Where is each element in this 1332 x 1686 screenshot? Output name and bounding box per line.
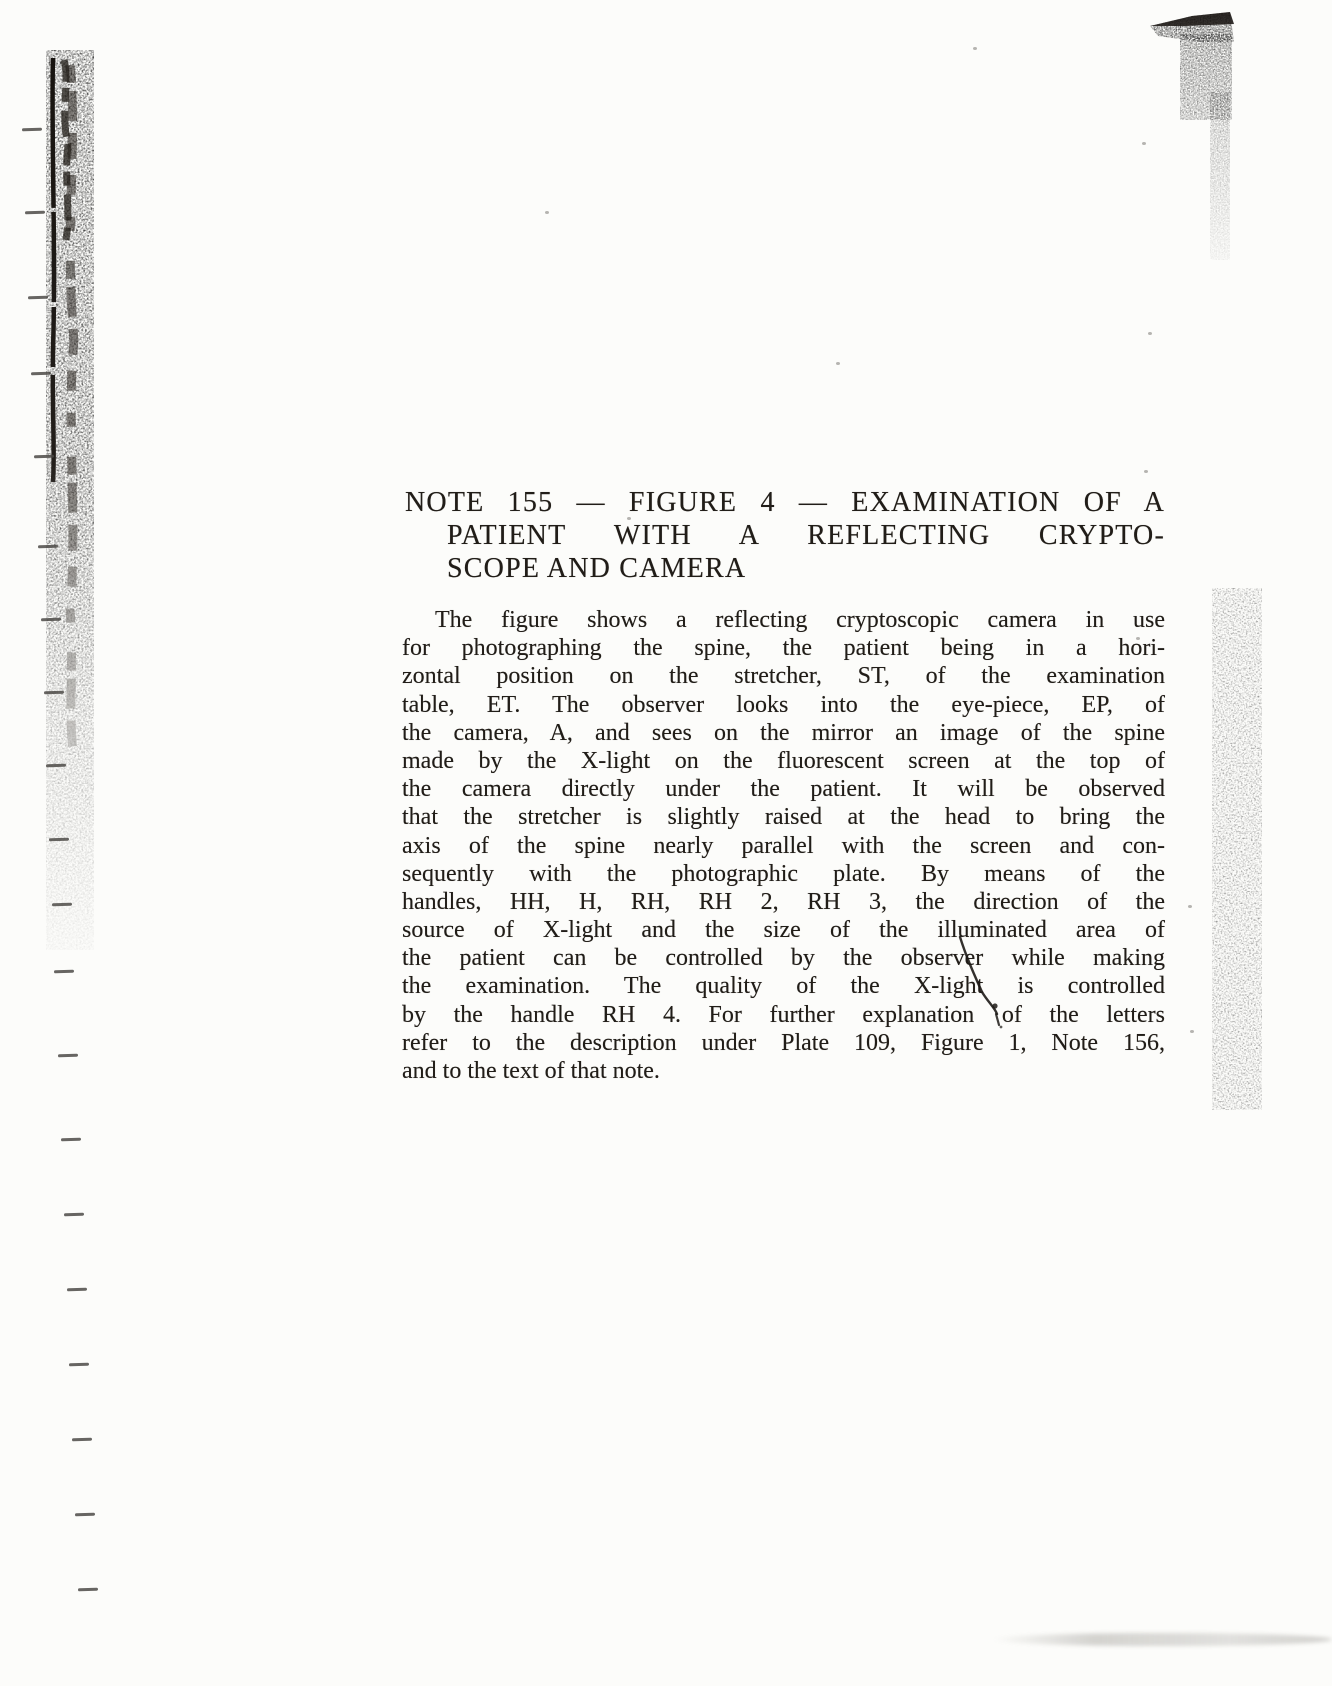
body-line: made by the X-light on the fluorescent s… bbox=[402, 747, 1165, 775]
margin-dash bbox=[72, 1438, 92, 1441]
speck bbox=[836, 362, 840, 365]
body-line: table, ET. The observer looks into the e… bbox=[402, 691, 1165, 719]
body-line: sequently with the photographic plate. B… bbox=[402, 860, 1165, 888]
note-heading: NOTE 155 — FIGURE 4 — EXAMINATION OF A P… bbox=[405, 486, 1165, 585]
body-line: the examination. The quality of the X-li… bbox=[402, 972, 1165, 1000]
margin-dash bbox=[58, 1054, 78, 1057]
body-line: zontal position on the stretcher, ST, of… bbox=[402, 662, 1165, 690]
body-line: axis of the spine nearly parallel with t… bbox=[402, 832, 1165, 860]
body-line: handles, HH, H, RH, RH 2, RH 3, the dire… bbox=[402, 888, 1165, 916]
margin-dash bbox=[75, 1513, 95, 1516]
page-edge-artifact bbox=[1146, 8, 1236, 264]
margin-dash bbox=[38, 545, 58, 548]
margin-dash bbox=[49, 838, 69, 841]
body-line: for photographing the spine, the patient… bbox=[402, 634, 1165, 662]
margin-dash bbox=[67, 1288, 87, 1291]
binding-smudge-artifact bbox=[40, 50, 102, 970]
margin-dash bbox=[34, 455, 54, 458]
note-body-paragraph: The figure shows a reflecting cryptoscop… bbox=[402, 606, 1165, 1085]
bottom-smudge-artifact bbox=[992, 1633, 1332, 1646]
heading-line: NOTE 155 — FIGURE 4 — EXAMINATION OF A bbox=[405, 486, 1165, 519]
body-line: and to the text of that note. bbox=[402, 1057, 1165, 1085]
margin-dash bbox=[31, 372, 51, 375]
speck bbox=[1148, 332, 1152, 335]
margin-dash bbox=[46, 764, 66, 767]
body-line: by the handle RH 4. For further explanat… bbox=[402, 1001, 1165, 1029]
body-line: the camera, A, and sees on the mirror an… bbox=[402, 719, 1165, 747]
margin-dash bbox=[22, 128, 42, 131]
speck bbox=[1144, 470, 1148, 473]
speck bbox=[1188, 905, 1192, 908]
margin-dash bbox=[78, 1588, 98, 1591]
speck bbox=[1190, 1030, 1194, 1033]
speck bbox=[627, 517, 631, 520]
body-line: the patient can be controlled by the obs… bbox=[402, 944, 1165, 972]
margin-dash bbox=[44, 691, 64, 694]
body-line: that the stretcher is slightly raised at… bbox=[402, 803, 1165, 831]
body-line: The figure shows a reflecting cryptoscop… bbox=[402, 606, 1165, 634]
scanned-book-page: NOTE 155 — FIGURE 4 — EXAMINATION OF A P… bbox=[0, 0, 1332, 1686]
margin-dash bbox=[41, 618, 61, 621]
speck bbox=[1131, 737, 1135, 740]
margin-dash bbox=[54, 970, 74, 973]
speck bbox=[1142, 142, 1146, 145]
speck bbox=[1136, 637, 1140, 640]
margin-dash bbox=[61, 1138, 81, 1141]
heading-line: PATIENT WITH A REFLECTING CRYPTO- bbox=[405, 519, 1165, 552]
margin-dash bbox=[64, 1213, 84, 1216]
margin-dash bbox=[52, 903, 72, 906]
right-margin-speckle-artifact bbox=[1208, 588, 1266, 1110]
body-line: the camera directly under the patient. I… bbox=[402, 775, 1165, 803]
margin-dash bbox=[69, 1363, 89, 1366]
margin-dash bbox=[25, 211, 45, 214]
heading-line: SCOPE AND CAMERA bbox=[405, 552, 1165, 585]
body-line: refer to the description under Plate 109… bbox=[402, 1029, 1165, 1057]
margin-dash bbox=[28, 296, 48, 299]
speck bbox=[545, 211, 549, 214]
speck bbox=[973, 47, 977, 50]
body-line: source of X-light and the size of the il… bbox=[402, 916, 1165, 944]
